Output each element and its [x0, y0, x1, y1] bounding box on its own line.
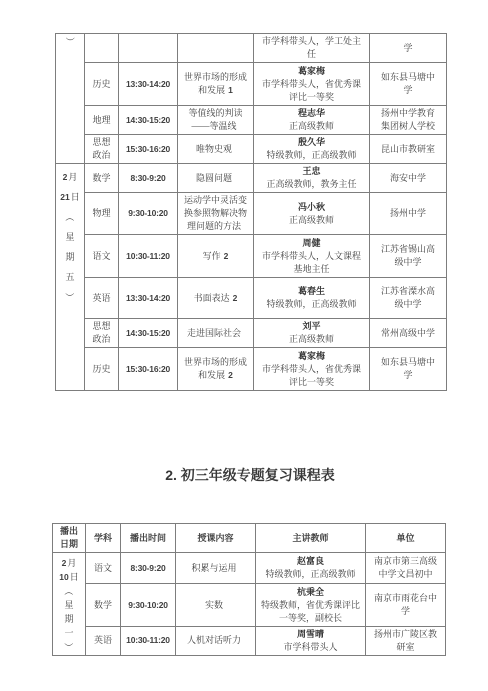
content-text: 世界市场的形成和发展 [184, 357, 247, 380]
teacher-cell: 葛家梅市学科带头人，省优秀课评比一等奖 [254, 63, 370, 106]
teacher-name: 程志华 [261, 107, 362, 120]
teacher-name: 葛春生 [261, 285, 362, 298]
unit-cell: 扬州市广陵区教研室 [366, 626, 446, 655]
content-cell: 等值线的判读——等温线 [178, 106, 254, 135]
content-cell: 实数 [176, 584, 256, 626]
teacher-cell: 王忠正高级教师，教务主任 [254, 164, 370, 193]
content-text: 等值线的判读——等温线 [188, 108, 242, 131]
subject-cell: 数学 [86, 584, 121, 626]
weekday-char: 五 [58, 267, 82, 287]
time-cell: 10:30-11:20 [121, 626, 176, 655]
content-text: 实数 [205, 600, 223, 610]
unit-cell: 扬州中学 [370, 193, 447, 235]
unit-cell: 学 [370, 34, 447, 63]
teacher-title: 特级教师，正高级教师 [261, 149, 362, 162]
unit-cell: 江苏省锡山高级中学 [370, 235, 447, 278]
date-day: 21日 [58, 187, 82, 207]
header-broadcast-date: 播出日期 [53, 524, 86, 553]
teacher-title: 特级教师，省优秀课评比一等奖，副校长 [260, 599, 361, 625]
table-row: 语文 10:30-11:20 写作2 周健市学科带头人，人文课程基地主任 江苏省… [56, 235, 447, 278]
table-row: 2月 10日 （ 星 期 一 ） 语文 8:30-9:20 积累与运用 赵富良特… [53, 553, 446, 584]
unit-cell: 如东县马塘中学 [370, 348, 447, 391]
teacher-title: 正高级教师 [261, 333, 362, 346]
teacher-title: 市学科带头人，省优秀课评比一等奖 [261, 78, 362, 104]
time-cell: 14:30-15:20 [119, 319, 178, 348]
teacher-cell: 程志华正高级教师 [254, 106, 370, 135]
subject-cell: 英语 [86, 626, 121, 655]
table-row: 地理 14:30-15:20 等值线的判读——等温线 程志华正高级教师 扬州中学… [56, 106, 447, 135]
teacher-title: 市学科带头人 [260, 641, 361, 654]
content-text: 书面表达 [194, 293, 230, 303]
table-row: 2月 21日 （ 星 期 五 ） 数学 8:30-9:20 隐圆问题 王忠正高级… [56, 164, 447, 193]
subject-cell: 历史 [85, 63, 119, 106]
teacher-title: 正高级教师 [261, 120, 362, 133]
content-cell: 世界市场的形成和发展2 [178, 348, 254, 391]
content-text: 写作 [203, 251, 221, 261]
subject-cell: 思想政治 [85, 319, 119, 348]
teacher-title: 市学科带头人，人文课程基地主任 [261, 250, 362, 276]
time-cell: 10:30-11:20 [119, 235, 178, 278]
time-cell [119, 34, 178, 63]
content-text: 人机对话听力 [187, 635, 241, 645]
subject-cell: 英语 [85, 278, 119, 319]
teacher-cell: 葛家梅市学科带头人，省优秀课评比一等奖 [254, 348, 370, 391]
content-text: 唯物史观 [196, 144, 232, 154]
content-cell: 走进国际社会 [178, 319, 254, 348]
table-row: 历史 13:30-14:20 世界市场的形成和发展1 葛家梅市学科带头人，省优秀… [56, 63, 447, 106]
content-text: 积累与运用 [191, 563, 236, 573]
weekday-char: 期 [55, 612, 83, 626]
subject-cell: 语文 [85, 235, 119, 278]
content-number: 1 [228, 85, 233, 95]
table-row: 思想政治 14:30-15:20 走进国际社会 刘平正高级教师 常州高级中学 [56, 319, 447, 348]
vertical-paren-close: ） [58, 287, 82, 307]
teacher-title: 正高级教师 [261, 214, 362, 227]
teacher-title: 特级教师，正高级教师 [261, 298, 362, 311]
content-text: 走进国际社会 [187, 328, 241, 338]
date-month-label: 月 [68, 172, 77, 182]
content-cell: 写作2 [178, 235, 254, 278]
vertical-paren-close: ） [55, 640, 83, 654]
table-row: 英语 10:30-11:20 人机对话听力 周雪晴市学科带头人 扬州市广陵区教研… [53, 626, 446, 655]
vertical-paren-open: （ [58, 207, 82, 227]
unit-cell: 常州高级中学 [370, 319, 447, 348]
teacher-cell: 杭秉全特级教师，省优秀课评比一等奖，副校长 [256, 584, 366, 626]
teacher-cell: 周雪晴市学科带头人 [256, 626, 366, 655]
time-cell: 14:30-15:20 [119, 106, 178, 135]
time-cell: 9:30-10:20 [121, 584, 176, 626]
content-cell [178, 34, 254, 63]
date-month-num: 2 [62, 558, 67, 568]
date-day: 10日 [55, 570, 83, 584]
teacher-title: 特级教师，正高级教师 [260, 568, 361, 581]
content-cell: 世界市场的形成和发展1 [178, 63, 254, 106]
teacher-cell: 冯小秋正高级教师 [254, 193, 370, 235]
unit-cell: 海安中学 [370, 164, 447, 193]
header-unit: 单位 [366, 524, 446, 553]
time-cell: 9:30-10:20 [119, 193, 178, 235]
header-lesson-content: 授课内容 [176, 524, 256, 553]
table-row: 历史 15:30-16:20 世界市场的形成和发展2 葛家梅市学科带头人，省优秀… [56, 348, 447, 391]
teacher-name: 殷久华 [261, 136, 362, 149]
content-text: 运动学中灵活变换参照物解决物理问题的方法 [184, 195, 247, 231]
date-month-num: 2 [63, 172, 68, 182]
weekday-char: 一 [55, 626, 83, 640]
teacher-name: 赵富良 [260, 555, 361, 568]
teacher-cell: 刘平正高级教师 [254, 319, 370, 348]
date-day-label: 日 [70, 572, 79, 582]
date-month: 2月 [58, 167, 82, 187]
teacher-name: 冯小秋 [261, 201, 362, 214]
table-row: ） 市学科带头人，学工处主任 学 [56, 34, 447, 63]
date-day-label: 日 [71, 192, 80, 202]
teacher-name: 葛家梅 [261, 350, 362, 363]
subject-cell: 地理 [85, 106, 119, 135]
date-cell: 2月 21日 （ 星 期 五 ） [56, 164, 85, 391]
subject-cell: 思想政治 [85, 135, 119, 164]
vertical-paren-close: ） [63, 37, 76, 46]
date-month-label: 月 [67, 558, 76, 568]
unit-cell: 南京市雨花台中学 [366, 584, 446, 626]
unit-cell: 江苏省溧水高级中学 [370, 278, 447, 319]
content-cell: 书面表达2 [178, 278, 254, 319]
date-month: 2月 [55, 556, 83, 570]
teacher-name: 刘平 [261, 320, 362, 333]
weekday-char: 星 [55, 598, 83, 612]
time-cell: 8:30-9:20 [121, 553, 176, 584]
content-number: 2 [228, 370, 233, 380]
teacher-title: 正高级教师，教务主任 [261, 178, 362, 191]
content-cell: 唯物史观 [178, 135, 254, 164]
content-text: 隐圆问题 [196, 173, 232, 183]
teacher-cell: 殷久华特级教师，正高级教师 [254, 135, 370, 164]
table-row: 思想政治 15:30-16:20 唯物史观 殷久华特级教师，正高级教师 昆山市教… [56, 135, 447, 164]
unit-cell: 如东县马塘中学 [370, 63, 447, 106]
date-day-num: 10 [59, 572, 68, 582]
teacher-name: 王忠 [261, 165, 362, 178]
teacher-cell: 市学科带头人，学工处主任 [254, 34, 370, 63]
vertical-paren-open: （ [55, 584, 83, 598]
content-cell: 隐圆问题 [178, 164, 254, 193]
weekday-char: 期 [58, 247, 82, 267]
teacher-cell: 周健市学科带头人，人文课程基地主任 [254, 235, 370, 278]
section-heading: 2. 初三年级专题复习课程表 [55, 466, 445, 484]
header-broadcast-time: 播出时间 [121, 524, 176, 553]
table-row: 数学 9:30-10:20 实数 杭秉全特级教师，省优秀课评比一等奖，副校长 南… [53, 584, 446, 626]
time-cell: 13:30-14:20 [119, 63, 178, 106]
subject-cell [85, 34, 119, 63]
time-cell: 13:30-14:20 [119, 278, 178, 319]
unit-cell: 南京市第三高级中学文昌初中 [366, 553, 446, 584]
time-cell: 15:30-16:20 [119, 348, 178, 391]
table-row: 物理 9:30-10:20 运动学中灵活变换参照物解决物理问题的方法 冯小秋正高… [56, 193, 447, 235]
content-number: 2 [224, 251, 229, 261]
teacher-name: 杭秉全 [260, 586, 361, 599]
content-cell: 运动学中灵活变换参照物解决物理问题的方法 [178, 193, 254, 235]
unit-cell: 昆山市教研室 [370, 135, 447, 164]
content-cell: 积累与运用 [176, 553, 256, 584]
teacher-name: 周雪晴 [260, 628, 361, 641]
teacher-title: 市学科带头人，学工处主任 [261, 35, 362, 61]
teacher-cell: 赵富良特级教师，正高级教师 [256, 553, 366, 584]
subject-cell: 物理 [85, 193, 119, 235]
table-row: 英语 13:30-14:20 书面表达2 葛春生特级教师，正高级教师 江苏省溧水… [56, 278, 447, 319]
time-cell: 15:30-16:20 [119, 135, 178, 164]
header-subject: 学科 [86, 524, 121, 553]
content-cell: 人机对话听力 [176, 626, 256, 655]
teacher-cell: 葛春生特级教师，正高级教师 [254, 278, 370, 319]
document-page: ） 市学科带头人，学工处主任 学 历史 13:30-14:20 世界市场的形成和… [0, 0, 488, 691]
unit-cell: 扬州中学教育集团树人学校 [370, 106, 447, 135]
teacher-name: 周健 [261, 237, 362, 250]
schedule-table-grade9: 播出日期 学科 播出时间 授课内容 主讲教师 单位 2月 10日 （ 星 期 一… [52, 523, 446, 656]
table-header-row: 播出日期 学科 播出时间 授课内容 主讲教师 单位 [53, 524, 446, 553]
teacher-name: 葛家梅 [261, 65, 362, 78]
time-cell: 8:30-9:20 [119, 164, 178, 193]
subject-cell: 语文 [86, 553, 121, 584]
header-teacher: 主讲教师 [256, 524, 366, 553]
subject-cell: 数学 [85, 164, 119, 193]
date-day-num: 21 [60, 192, 69, 202]
subject-cell: 历史 [85, 348, 119, 391]
date-cell-carryover: ） [56, 34, 85, 164]
content-text: 世界市场的形成和发展 [184, 72, 247, 95]
schedule-table-grade12: ） 市学科带头人，学工处主任 学 历史 13:30-14:20 世界市场的形成和… [55, 33, 447, 391]
weekday-char: 星 [58, 227, 82, 247]
teacher-title: 市学科带头人，省优秀课评比一等奖 [261, 363, 362, 389]
content-number: 2 [233, 293, 238, 303]
date-cell: 2月 10日 （ 星 期 一 ） [53, 553, 86, 656]
